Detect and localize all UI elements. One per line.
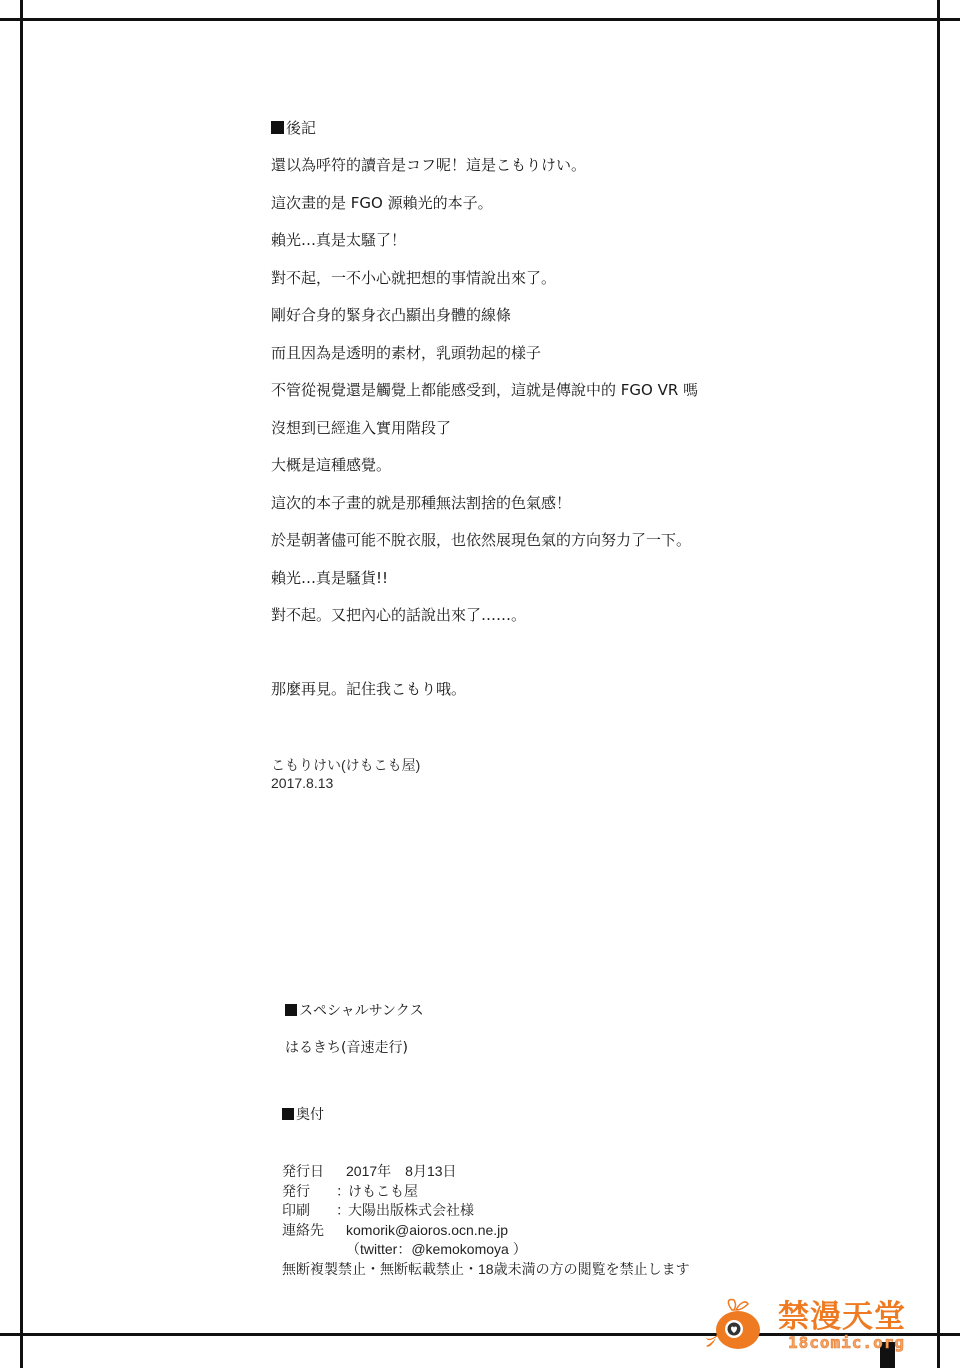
square-bullet-icon	[285, 1004, 297, 1016]
afterword-line: 剛好合身的緊身衣凸顯出身體的線條	[271, 305, 791, 343]
afterword-line: 賴光…真是太騷了！	[271, 230, 791, 268]
issue-date-label: 発行日	[282, 1162, 336, 1182]
afterword-line: 這次畫的是 FGO 源賴光的本子。	[271, 193, 791, 231]
colophon-row-printer: 印刷 ： 大陽出版株式会社様	[282, 1201, 690, 1221]
printer-separator: ：	[336, 1201, 348, 1221]
colophon-row-issue-date: 発行日 2017年8月13日	[282, 1162, 690, 1182]
afterword-line: 沒想到已經進入實用階段了	[271, 418, 791, 456]
publisher-label: 発行	[282, 1182, 336, 1202]
colophon-heading-text: 奥付	[296, 1107, 324, 1123]
afterword-line: 大概是這種感覺。	[271, 455, 791, 493]
afterword-line: 賴光…真是騷貨!!	[271, 568, 791, 606]
contact-label: 連絡先	[282, 1221, 336, 1241]
afterword-line: 對不起。又把內心的話說出來了……。	[271, 605, 791, 643]
colophon-heading: 奥付	[282, 1105, 324, 1125]
special-thanks-section: スペシャルサンクス はるきち(音速走行)	[285, 1000, 424, 1057]
special-thanks-name: はるきち(音速走行)	[285, 1039, 424, 1057]
afterword-body: 還以為呼符的讀音是コフ呢！這是こもりけい。 這次畫的是 FGO 源賴光的本子。 …	[271, 155, 791, 643]
afterword-section: 後記 還以為呼符的讀音是コフ呢！這是こもりけい。 這次畫的是 FGO 源賴光的本…	[271, 118, 791, 643]
copyright-notice: 無断複製禁止・無断転載禁止・18歳未満の方の閲覧を禁止します	[282, 1260, 690, 1280]
publisher-value: けもこも屋	[348, 1182, 418, 1202]
trim-line-top	[0, 18, 960, 21]
printer-label: 印刷	[282, 1201, 336, 1221]
colophon-row-publisher: 発行 ： けもこも屋	[282, 1182, 690, 1202]
trim-line-right	[937, 0, 940, 1368]
colophon-table: 発行日 2017年8月13日 発行 ： けもこも屋 印刷 ： 大陽出版株式会社様…	[282, 1162, 690, 1279]
afterword-closing: 那麼再見。記住我こもり哦。	[271, 679, 466, 699]
watermark-url: 18comic.org	[788, 1334, 905, 1352]
afterword-heading: 後記	[271, 118, 791, 138]
afterword-line: 對不起，一不小心就把想的事情說出來了。	[271, 268, 791, 306]
afterword-line: 於是朝著儘可能不脫衣服，也依然展現色氣的方向努力了一下。	[271, 530, 791, 568]
afterword-line: 不管從視覺還是觸覺上都能感受到，這就是傳說中的 FGO VR 嗎	[271, 380, 791, 418]
colophon-heading-wrap: 奥付	[282, 1105, 324, 1125]
author-signature: こもりけい(けもこも屋) 2017.8.13	[271, 756, 420, 792]
square-bullet-icon	[282, 1108, 294, 1120]
issue-date-day: 8月13日	[405, 1163, 456, 1179]
printer-value: 大陽出版株式会社様	[348, 1201, 474, 1221]
watermark-title: 禁漫天堂	[778, 1300, 906, 1334]
colophon-row-twitter: （twitter：@kemokomoya ）	[282, 1240, 690, 1260]
signature-date: 2017.8.13	[271, 774, 420, 792]
square-bullet-icon	[271, 121, 284, 134]
afterword-line: 這次的本子畫的就是那種無法割捨的色氣感！	[271, 493, 791, 531]
afterword-heading-text: 後記	[286, 119, 316, 137]
special-thanks-heading-text: スペシャルサンクス	[299, 1002, 424, 1018]
author-name: こもりけい(けもこも屋)	[271, 756, 420, 774]
contact-twitter: （twitter：@kemokomoya ）	[346, 1240, 527, 1260]
mascot-heart-icon	[706, 1296, 768, 1352]
contact-email: komorik@aioros.ocn.ne.jp	[346, 1221, 508, 1241]
issue-date-value: 2017年8月13日	[346, 1162, 457, 1182]
site-watermark: 禁漫天堂 18comic.org	[706, 1288, 926, 1360]
afterword-line: 還以為呼符的讀音是コフ呢！這是こもりけい。	[271, 155, 791, 193]
issue-date-year: 2017年	[346, 1163, 391, 1179]
trim-line-left	[20, 0, 23, 1368]
colophon-row-contact: 連絡先 komorik@aioros.ocn.ne.jp	[282, 1221, 690, 1241]
publisher-separator: ：	[336, 1182, 348, 1202]
special-thanks-heading: スペシャルサンクス	[285, 1000, 424, 1020]
afterword-line: 而且因為是透明的素材，乳頭勃起的樣子	[271, 343, 791, 381]
